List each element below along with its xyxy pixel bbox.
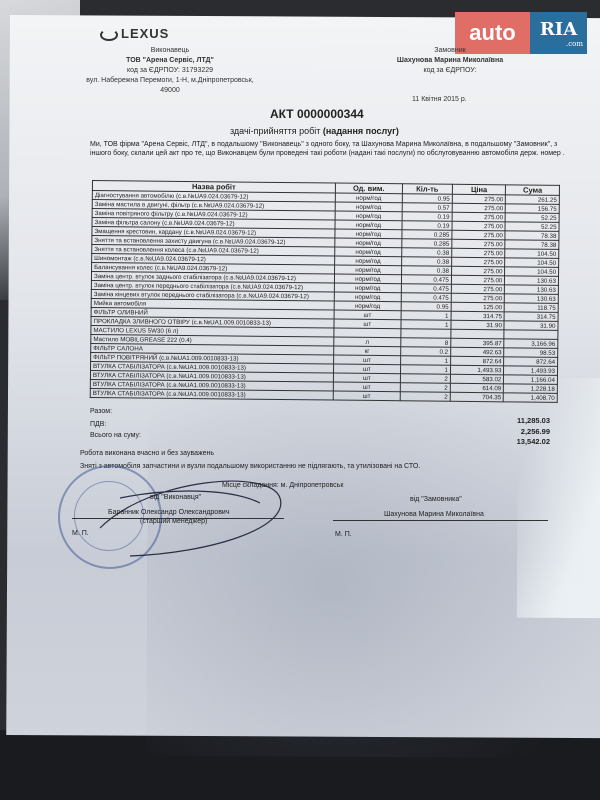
vat-label: ПДВ: bbox=[90, 421, 106, 428]
signature-scribble bbox=[90, 458, 290, 558]
subtotal-value: 11,285.03 bbox=[470, 416, 550, 425]
total-label: Всього на суму: bbox=[90, 432, 141, 439]
executor-code: код за ЄДРПОУ: 31793229 bbox=[60, 66, 280, 76]
lexus-emblem-icon bbox=[100, 29, 118, 41]
document-date: 11 Квітня 2015 р. bbox=[412, 96, 467, 103]
price-cell: 704.35 bbox=[450, 392, 504, 402]
table-body: Діагностування автомобілю (с.в.№UA9.024.… bbox=[90, 191, 559, 403]
quantity-cell: 2 bbox=[400, 392, 450, 402]
total-value: 13,542.02 bbox=[470, 437, 550, 446]
customer-block: Замовник Шахунова Марина Миколаївна код … bbox=[370, 46, 530, 76]
customer-label: Замовник bbox=[370, 46, 530, 56]
unit-cell: шт bbox=[333, 391, 400, 401]
place-of-issue: Місце складання: м. Дніпропетровськ bbox=[222, 482, 343, 489]
subtitle-bold: (надання послуг) bbox=[323, 126, 399, 136]
customer-name: Шахунова Марина Миколаївна bbox=[370, 56, 530, 66]
work-name-cell: ВТУЛКА СТАБІЛІЗАТОРА (с.в.№UA1.009.00108… bbox=[90, 388, 333, 400]
column-header: Ціна bbox=[452, 184, 506, 195]
watermark-ria-text: RIA bbox=[540, 19, 577, 40]
act-title: АКТ 0000000344 bbox=[270, 107, 364, 121]
light-glare bbox=[517, 378, 600, 618]
amount-cell: 1,408.70 bbox=[504, 393, 558, 403]
executor-postcode: 49000 bbox=[60, 86, 280, 96]
act-subtitle: здачі-прийняття робіт (надання послуг) bbox=[230, 126, 399, 136]
executor-block: Виконавець ТОВ "Арена Сервіс, ЛТД" код з… bbox=[60, 46, 280, 96]
customer-code: код за ЄДРПОУ: bbox=[370, 66, 530, 76]
column-header: Сума bbox=[506, 185, 560, 196]
seal-place-left: М. П. bbox=[72, 530, 89, 537]
customer-signer-name: Шахунова Марина Миколаївна bbox=[384, 511, 484, 518]
vat-value: 2,256.99 bbox=[470, 427, 550, 436]
logo-text: LEXUS bbox=[121, 26, 169, 41]
executor-signature-label: від "Виконавця" bbox=[150, 494, 201, 501]
works-table: Назва робітОд. вим.Кіл-тьЦінаСума Діагно… bbox=[90, 180, 560, 403]
background-dark-surface bbox=[0, 730, 600, 800]
watermark-suffix: .com bbox=[566, 40, 583, 48]
watermark-ria: RIA.com bbox=[530, 12, 587, 54]
customer-signature-label: від "Замовника" bbox=[410, 496, 462, 503]
executor-signer-role: (старший менеджер) bbox=[140, 518, 207, 525]
executor-name: ТОВ "Арена Сервіс, ЛТД" bbox=[60, 56, 280, 66]
lexus-logo: LEXUS bbox=[100, 26, 169, 41]
executor-label: Виконавець bbox=[60, 46, 280, 56]
act-intro-paragraph: Ми, ТОВ фірма "Арена Сервіс, ЛТД", в под… bbox=[90, 140, 580, 158]
customer-signature-line bbox=[333, 520, 548, 521]
column-header: Од. вим. bbox=[335, 183, 402, 194]
subtotal-label: Разом: bbox=[90, 408, 112, 415]
column-header: Кіл-ть bbox=[402, 184, 452, 195]
note-work-done: Робота виконана вчасно и без зауважень bbox=[80, 450, 214, 457]
seal-place-right: М. П. bbox=[335, 531, 352, 538]
executor-signer-name: Баранник Олександр Олександрович bbox=[108, 509, 229, 516]
executor-address: вул. Набережна Перемоги, 1-Н, м.Дніпропе… bbox=[60, 76, 280, 86]
subtitle-prefix: здачі-прийняття робіт bbox=[230, 126, 320, 136]
